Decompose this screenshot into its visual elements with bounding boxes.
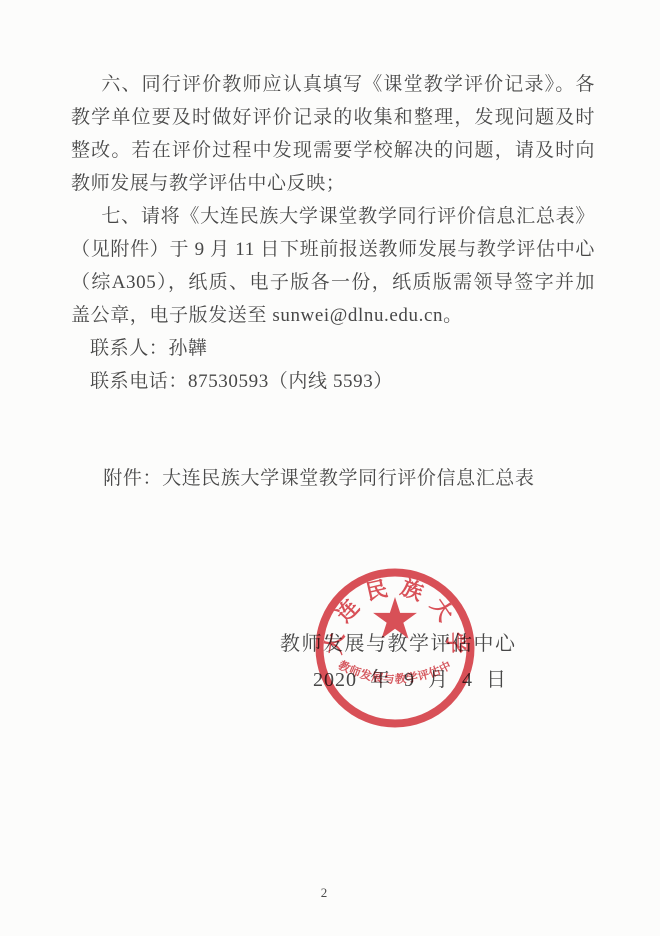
paragraph-seven: 七、请将《大连民族大学课堂教学同行评价信息汇总表》（见附件）于 9 月 11 日…	[71, 200, 595, 332]
attachment-line: 附件：大连民族大学课堂教学同行评价信息汇总表	[71, 462, 595, 495]
star-icon	[373, 597, 417, 639]
contact-phone-line: 联系电话：87530593（内线 5593）	[71, 365, 595, 398]
document-body: 六、同行评价教师应认真填写《课堂教学评价记录》。各教学单位要及时做好评价记录的收…	[71, 68, 595, 495]
page-number: 2	[0, 885, 648, 901]
paragraph-six: 六、同行评价教师应认真填写《课堂教学评价记录》。各教学单位要及时做好评价记录的收…	[71, 68, 595, 200]
official-seal: 大连民族大学 教师发展与教学评估中心	[310, 563, 480, 733]
document-page: 六、同行评价教师应认真填写《课堂教学评价记录》。各教学单位要及时做好评价记录的收…	[0, 0, 660, 936]
contact-person-line: 联系人：孙韡	[71, 332, 595, 365]
